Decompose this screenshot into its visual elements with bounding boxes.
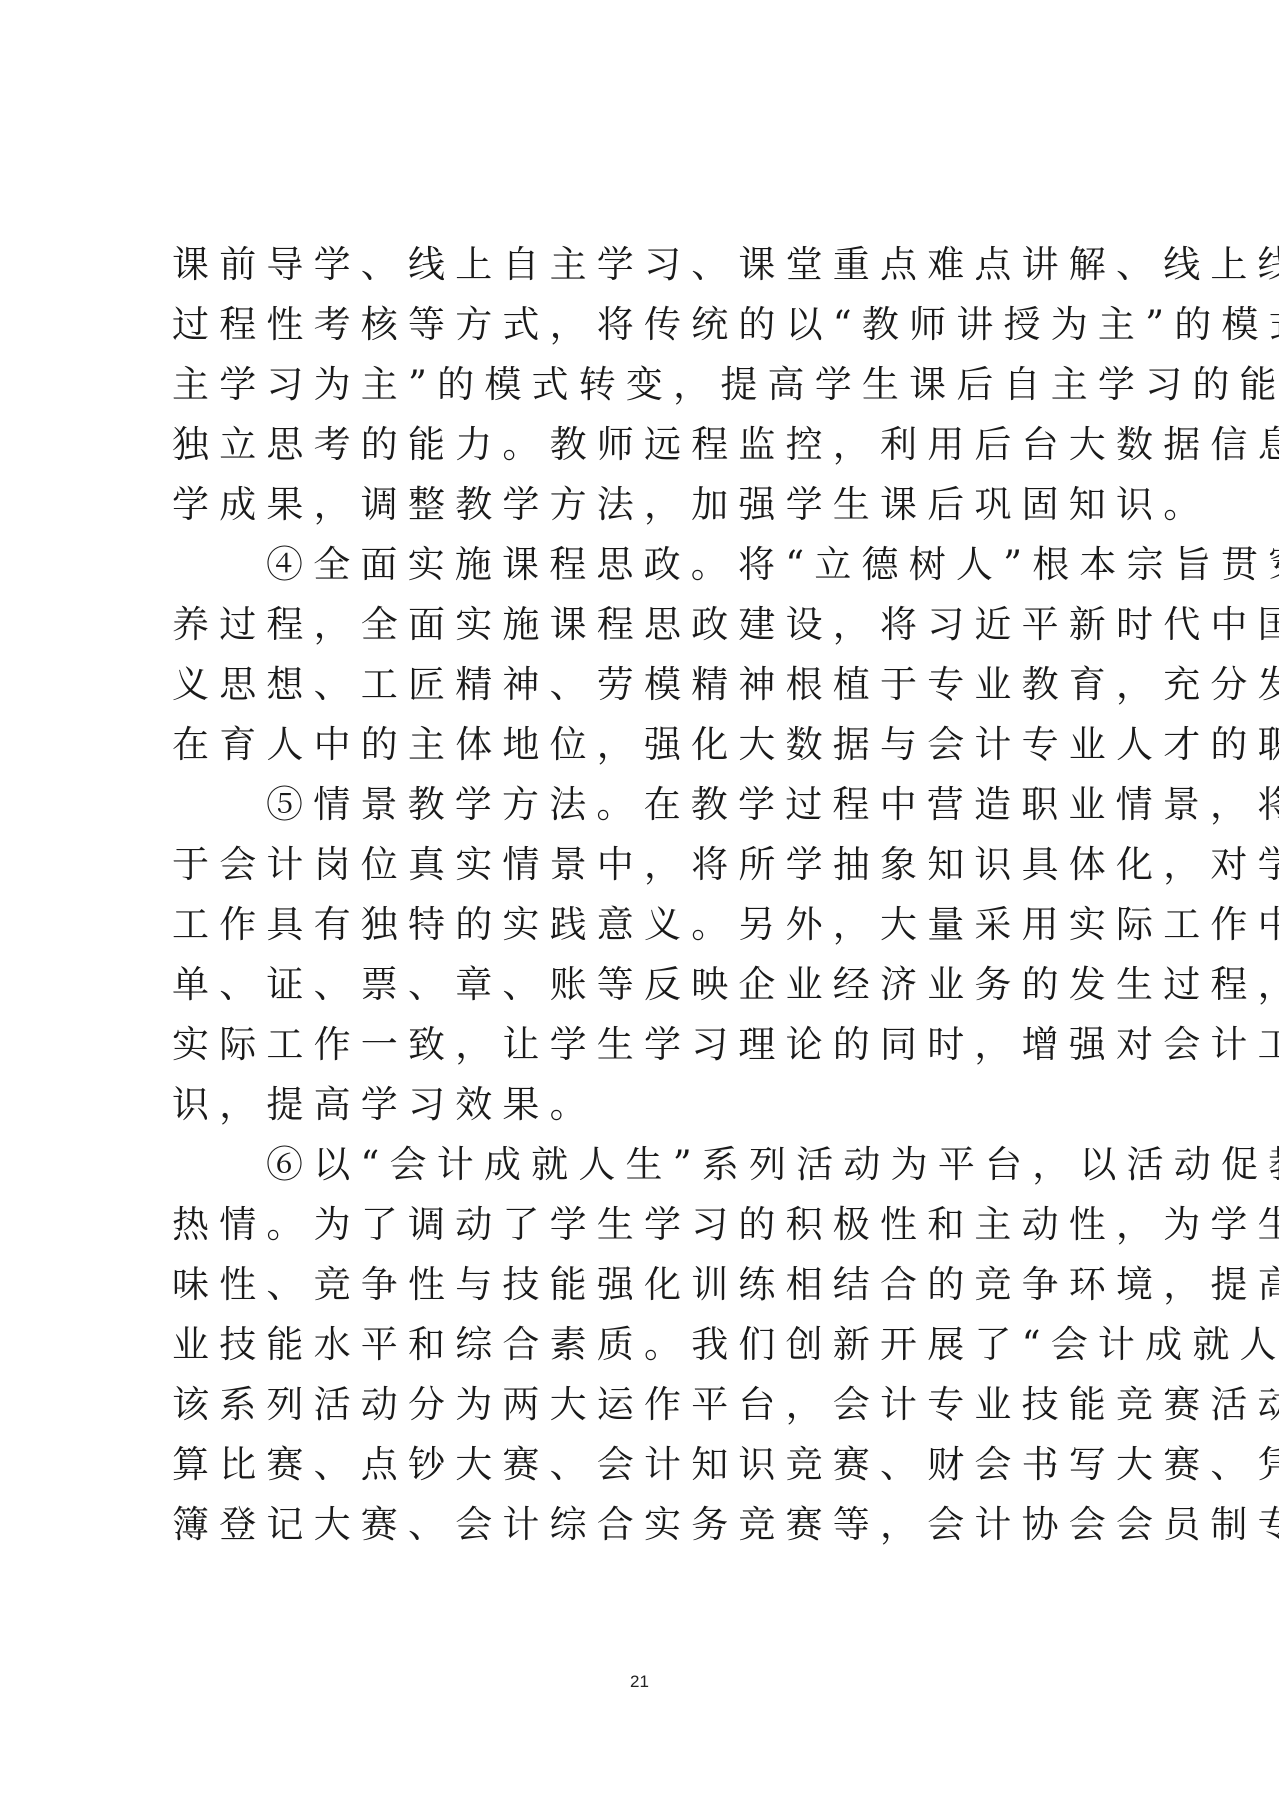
text-line: 课前导学、线上自主学习、课堂重点难点讲解、线上线下深度讨论、 <box>172 235 1132 295</box>
text-line: 义思想、工匠精神、劳模精神根植于专业教育，充分发挥课堂教学 <box>172 655 1132 715</box>
text-line: 工作具有独特的实践意义。另外，大量采用实际工作中应用的各种 <box>172 895 1132 955</box>
text-line: 学成果，调整教学方法，加强学生课后巩固知识。 <box>172 475 1132 535</box>
text-line: 该系列活动分为两大运作平台，会计专业技能竞赛活动平台包括珠 <box>172 1375 1132 1435</box>
paragraph-4-first-line: ④全面实施课程思政。将“立德树人”根本宗旨贯穿于整个人才培 <box>172 535 1132 595</box>
text-line: 算比赛、点钞大赛、会计知识竞赛、财会书写大赛、凭证填制和账 <box>172 1435 1132 1495</box>
text-line: 业技能水平和综合素质。我们创新开展了“会计成就人生”系列活动， <box>172 1315 1132 1375</box>
text-line: 在育人中的主体地位，强化大数据与会计专业人才的职业道德。 <box>172 715 1132 775</box>
text-line: 独立思考的能力。教师远程监控，利用后台大数据信息检测分析教 <box>172 415 1132 475</box>
text-line: 实际工作一致，让学生学习理论的同时，增强对会计工作的感性认 <box>172 1015 1132 1075</box>
page-number: 21 <box>0 1672 1279 1692</box>
document-page: 课前导学、线上自主学习、课堂重点难点讲解、线上线下深度讨论、 过程性考核等方式，… <box>0 0 1279 1809</box>
text-line: 热情。为了调动了学生学习的积极性和主动性，为学生创造一个趣 <box>172 1195 1132 1255</box>
text-line: 簿登记大赛、会计综合实务竞赛等，会计协会会员制专业活动包括 <box>172 1495 1132 1555</box>
paragraph-6-first-line: ⑥以“会计成就人生”系列活动为平台，以活动促教学，激发学习 <box>172 1135 1132 1195</box>
text-line: 主学习为主”的模式转变，提高学生课后自主学习的能力，锻炼学生 <box>172 355 1132 415</box>
body-text: 课前导学、线上自主学习、课堂重点难点讲解、线上线下深度讨论、 过程性考核等方式，… <box>172 235 1132 1555</box>
text-line: 于会计岗位真实情景中，将所学抽象知识具体化，对学生理解现实 <box>172 835 1132 895</box>
text-line: 单、证、票、章、账等反映企业经济业务的发生过程，尽量做到与 <box>172 955 1132 1015</box>
text-line: 味性、竞争性与技能强化训练相结合的竞争环境，提高他们会计职 <box>172 1255 1132 1315</box>
text-line: 养过程，全面实施课程思政建设，将习近平新时代中国特色社会主 <box>172 595 1132 655</box>
text-line: 识，提高学习效果。 <box>172 1075 1132 1135</box>
paragraph-5-first-line: ⑤情景教学方法。在教学过程中营造职业情景，将课程内容置 <box>172 775 1132 835</box>
text-line: 过程性考核等方式，将传统的以“教师讲授为主”的模式向以“学生自 <box>172 295 1132 355</box>
